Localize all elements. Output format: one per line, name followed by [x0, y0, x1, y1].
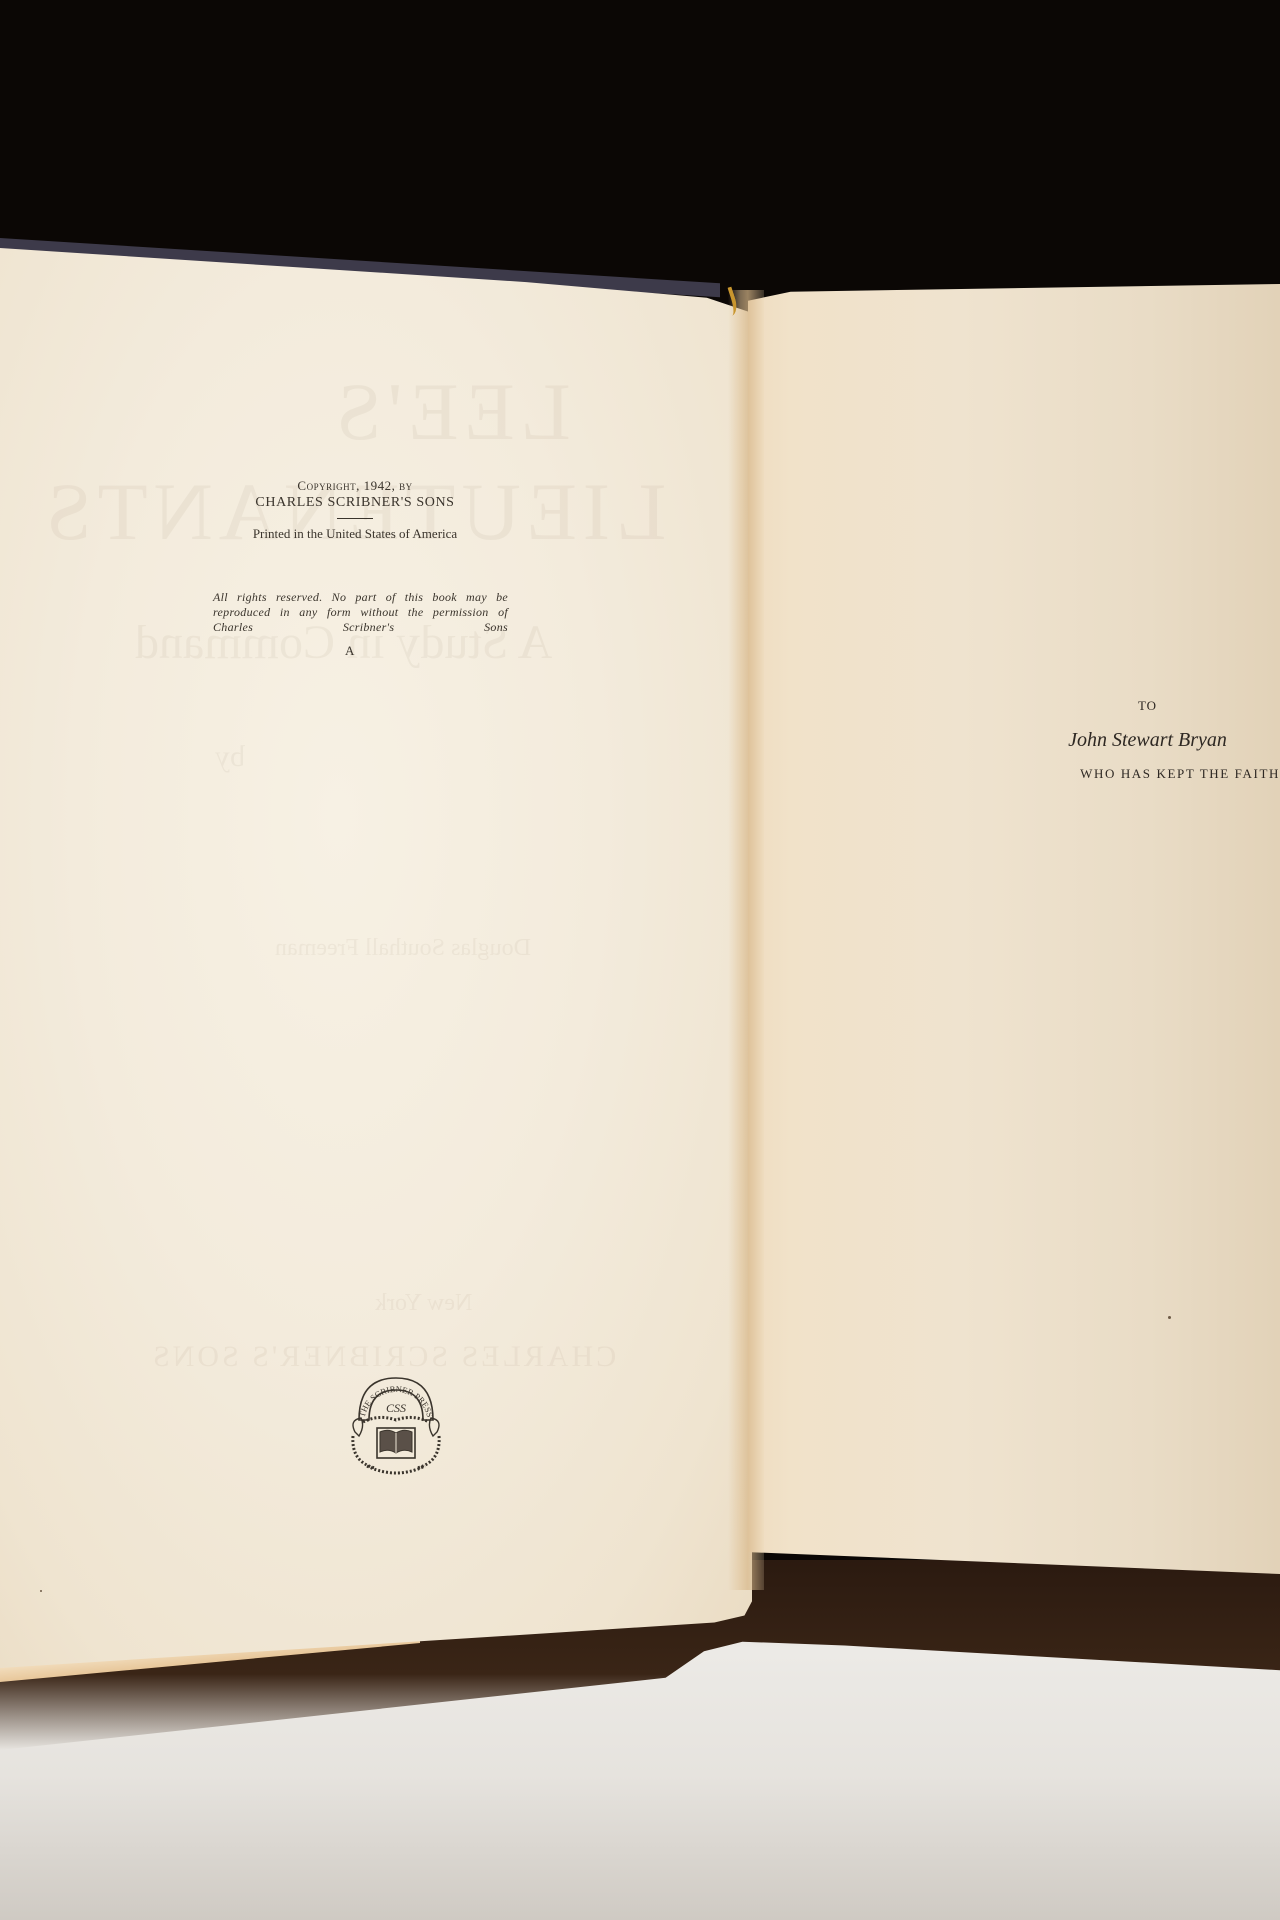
book-photo-scene: LEE'S LIEUTENANTS A Study in Command by …	[0, 0, 1280, 1920]
bleed-through-city: New York	[375, 1290, 472, 1317]
scribner-press-colophon-icon: THE SCRIBNER PRESS CSS	[345, 1370, 447, 1478]
dedicatee-name: John Stewart Bryan	[1015, 728, 1280, 752]
publisher-name: CHARLES SCRIBNER'S SONS	[205, 494, 505, 512]
svg-text:CSS: CSS	[386, 1401, 406, 1415]
printed-in-line: Printed in the United States of America	[205, 526, 505, 542]
dedication-to: TO	[1015, 698, 1280, 714]
printing-code: A	[345, 643, 354, 659]
paper-speck	[1168, 1316, 1171, 1319]
copyright-line: Copyright, 1942, by	[205, 478, 505, 494]
divider-rule	[337, 518, 373, 519]
dedication: TO John Stewart Bryan WHO HAS KEPT THE F…	[1015, 698, 1280, 782]
dedication-tagline: WHO HAS KEPT THE FAITH	[1015, 766, 1280, 782]
bleed-through-title-line: LEE'S	[330, 365, 571, 459]
right-page-dedication	[748, 284, 1280, 1574]
copyright-notice: Copyright, 1942, by CHARLES SCRIBNER'S S…	[205, 478, 505, 542]
bleed-through-publisher: CHARLES SCRIBNER'S SONS	[150, 1340, 616, 1374]
bleed-through-author: Douglas Southall Freeman	[275, 935, 531, 962]
paper-speck	[40, 1590, 42, 1592]
book-gutter	[728, 290, 764, 1590]
bleed-through-by: by	[215, 740, 245, 774]
rights-statement: All rights reserved. No part of this boo…	[213, 590, 508, 635]
